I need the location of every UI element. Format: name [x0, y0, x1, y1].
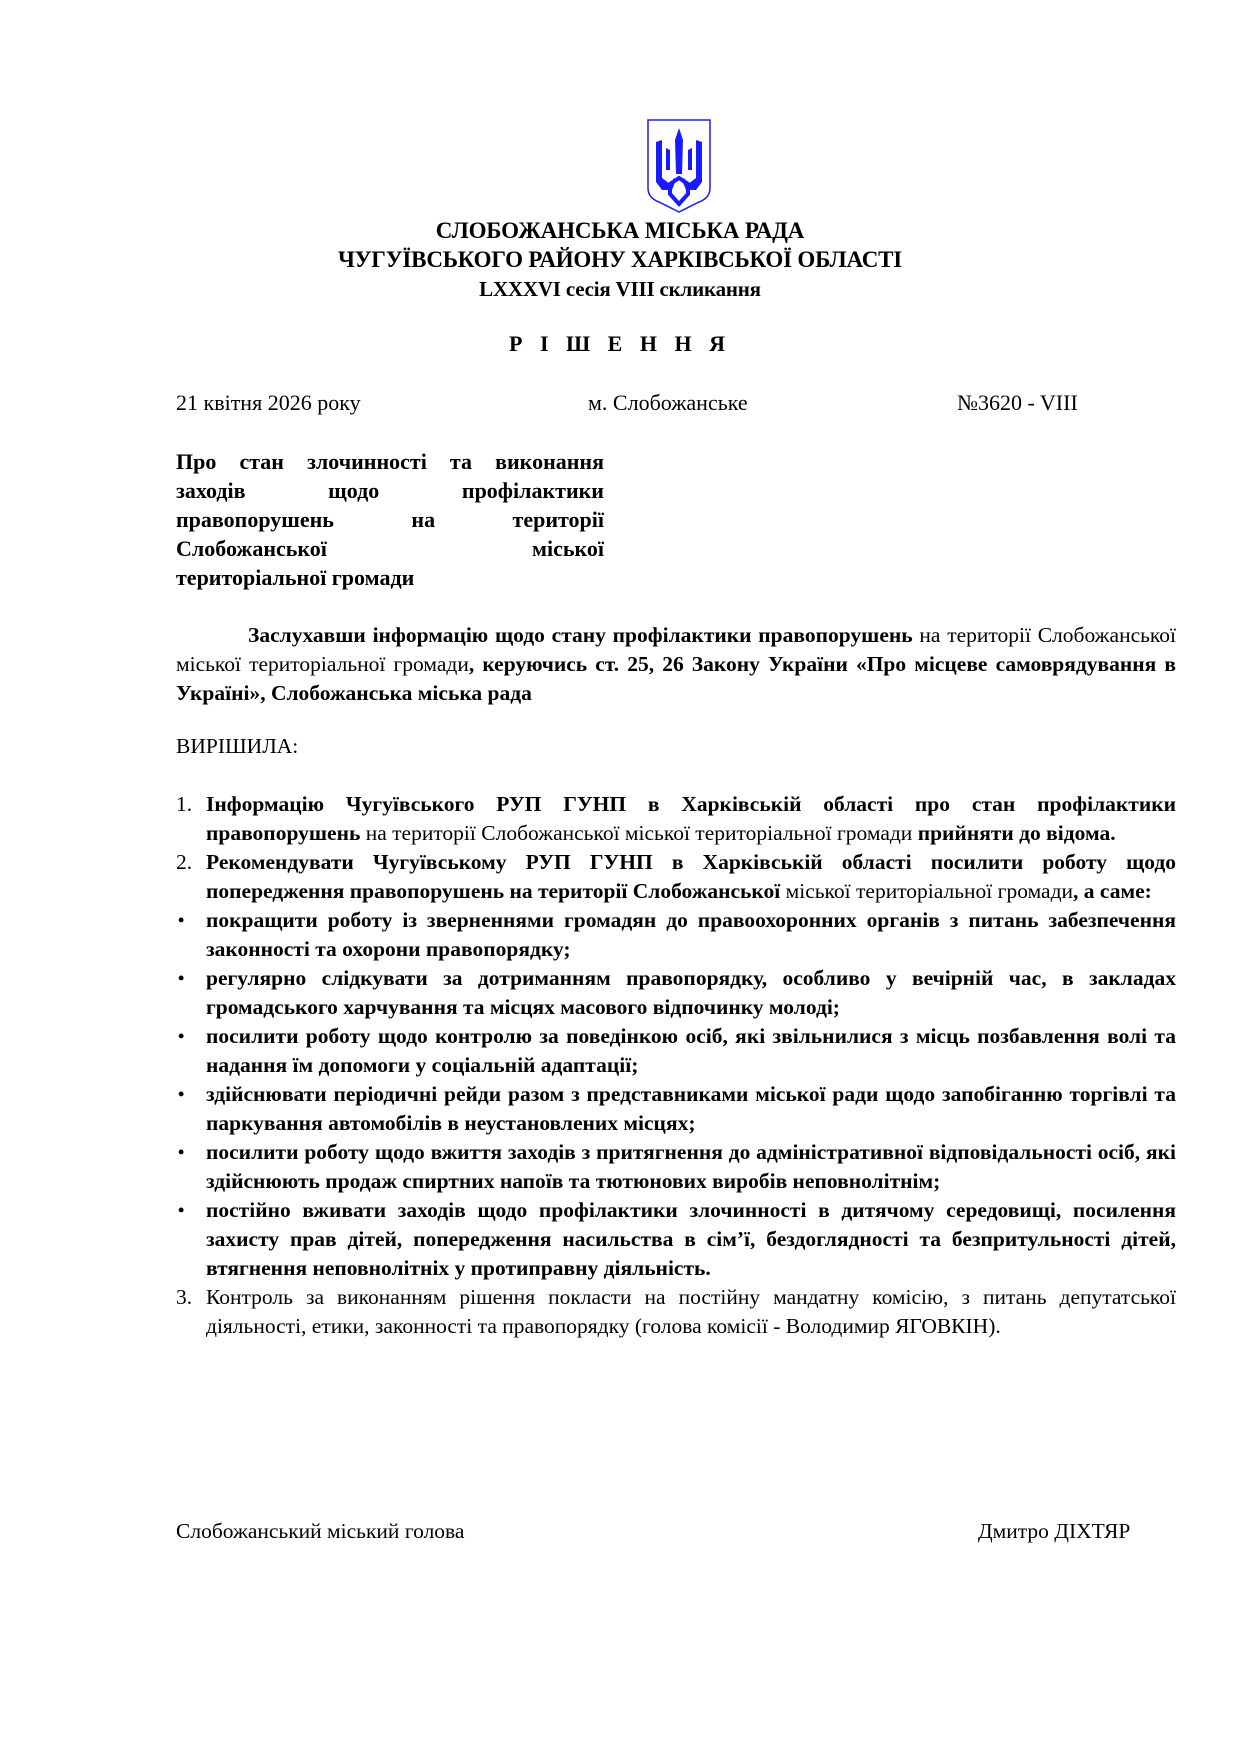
item-number: 3.	[176, 1283, 192, 1312]
resolved-label: ВИРІШИЛА:	[176, 734, 298, 759]
subject-line: Про стан злочинності та виконання	[176, 447, 604, 476]
bullet-item: •постійно вживати заходів щодо профілакт…	[176, 1196, 1176, 1283]
bullet-text: здійснювати періодичні рейди разом з пре…	[206, 1082, 1176, 1135]
signatory-role: Слобожанський міський голова	[176, 1519, 464, 1544]
decision-subject: Про стан злочинності та виконання заході…	[176, 447, 604, 592]
item-text-normal: на території Слобожанської міської терит…	[360, 821, 917, 845]
bullet-icon: •	[178, 1080, 184, 1109]
bullet-icon: •	[178, 1196, 184, 1225]
bullet-item: •регулярно слідкувати за дотриманням пра…	[176, 964, 1176, 1022]
item-text-normal: міської територіальної громади	[780, 879, 1073, 903]
bullet-icon: •	[178, 1138, 184, 1167]
document-number: №3620 - VIII	[957, 390, 1078, 416]
item-text-bold-2: , а саме:	[1073, 879, 1152, 903]
document-type-title: Р І Ш Е Н Н Я	[0, 331, 1240, 357]
bullet-item: •посилити роботу щодо вжиття заходів з п…	[176, 1138, 1176, 1196]
bullet-icon: •	[178, 906, 184, 935]
bullet-text: покращити роботу із зверненнями громадян…	[206, 908, 1176, 961]
decision-list: 1.Інформацію Чугуївського РУП ГУНП в Хар…	[176, 790, 1176, 1341]
intro-bold-part: Заслухавши інформацію щодо стану профіла…	[248, 623, 913, 647]
bullet-item: •покращити роботу із зверненнями громадя…	[176, 906, 1176, 964]
bullet-icon: •	[178, 1022, 184, 1051]
subject-line: Слобожанської міської	[176, 534, 604, 563]
session-info: LXXXVI сесія VIII скликання	[0, 275, 1240, 303]
council-name: СЛОБОЖАНСЬКА МІСЬКА РАДА	[0, 217, 1240, 245]
subject-line: правопорушень на території	[176, 505, 604, 534]
intro-paragraph: Заслухавши інформацію щодо стану профіла…	[176, 621, 1176, 708]
bullet-text: регулярно слідкувати за дотриманням прав…	[206, 966, 1176, 1019]
bullet-item: •посилити роботу щодо контролю за поведі…	[176, 1022, 1176, 1080]
decision-item-1: 1.Інформацію Чугуївського РУП ГУНП в Хар…	[176, 790, 1176, 848]
item-number: 2.	[176, 848, 192, 877]
bullet-text: посилити роботу щодо контролю за поведін…	[206, 1024, 1176, 1077]
decision-item-3: 3.Контроль за виконанням рішення покласт…	[176, 1283, 1176, 1341]
item-text: Контроль за виконанням рішення покласти …	[206, 1285, 1176, 1338]
subject-line: територіальної громади	[176, 563, 604, 592]
bullet-text: постійно вживати заходів щодо профілакти…	[206, 1198, 1176, 1280]
document-date: 21 квітня 2026 року	[176, 390, 361, 416]
district-name: ЧУГУЇВСЬКОГО РАЙОНУ ХАРКІВСЬКОЇ ОБЛАСТІ	[0, 246, 1240, 274]
subject-line: заходів щодо профілактики	[176, 476, 604, 505]
bullet-text: посилити роботу щодо вжиття заходів з пр…	[206, 1140, 1176, 1193]
bullet-item: •здійснювати періодичні рейди разом з пр…	[176, 1080, 1176, 1138]
document-place: м. Слобожанське	[588, 390, 748, 416]
item-text-bold-2: прийняти до відома.	[918, 821, 1116, 845]
decision-item-2: 2.Рекомендувати Чугуївському РУП ГУНП в …	[176, 848, 1176, 906]
item-number: 1.	[176, 790, 192, 819]
ukraine-coat-of-arms-icon	[644, 118, 714, 214]
bullet-icon: •	[178, 964, 184, 993]
signatory-name: Дмитро ДІХТЯР	[978, 1519, 1130, 1544]
